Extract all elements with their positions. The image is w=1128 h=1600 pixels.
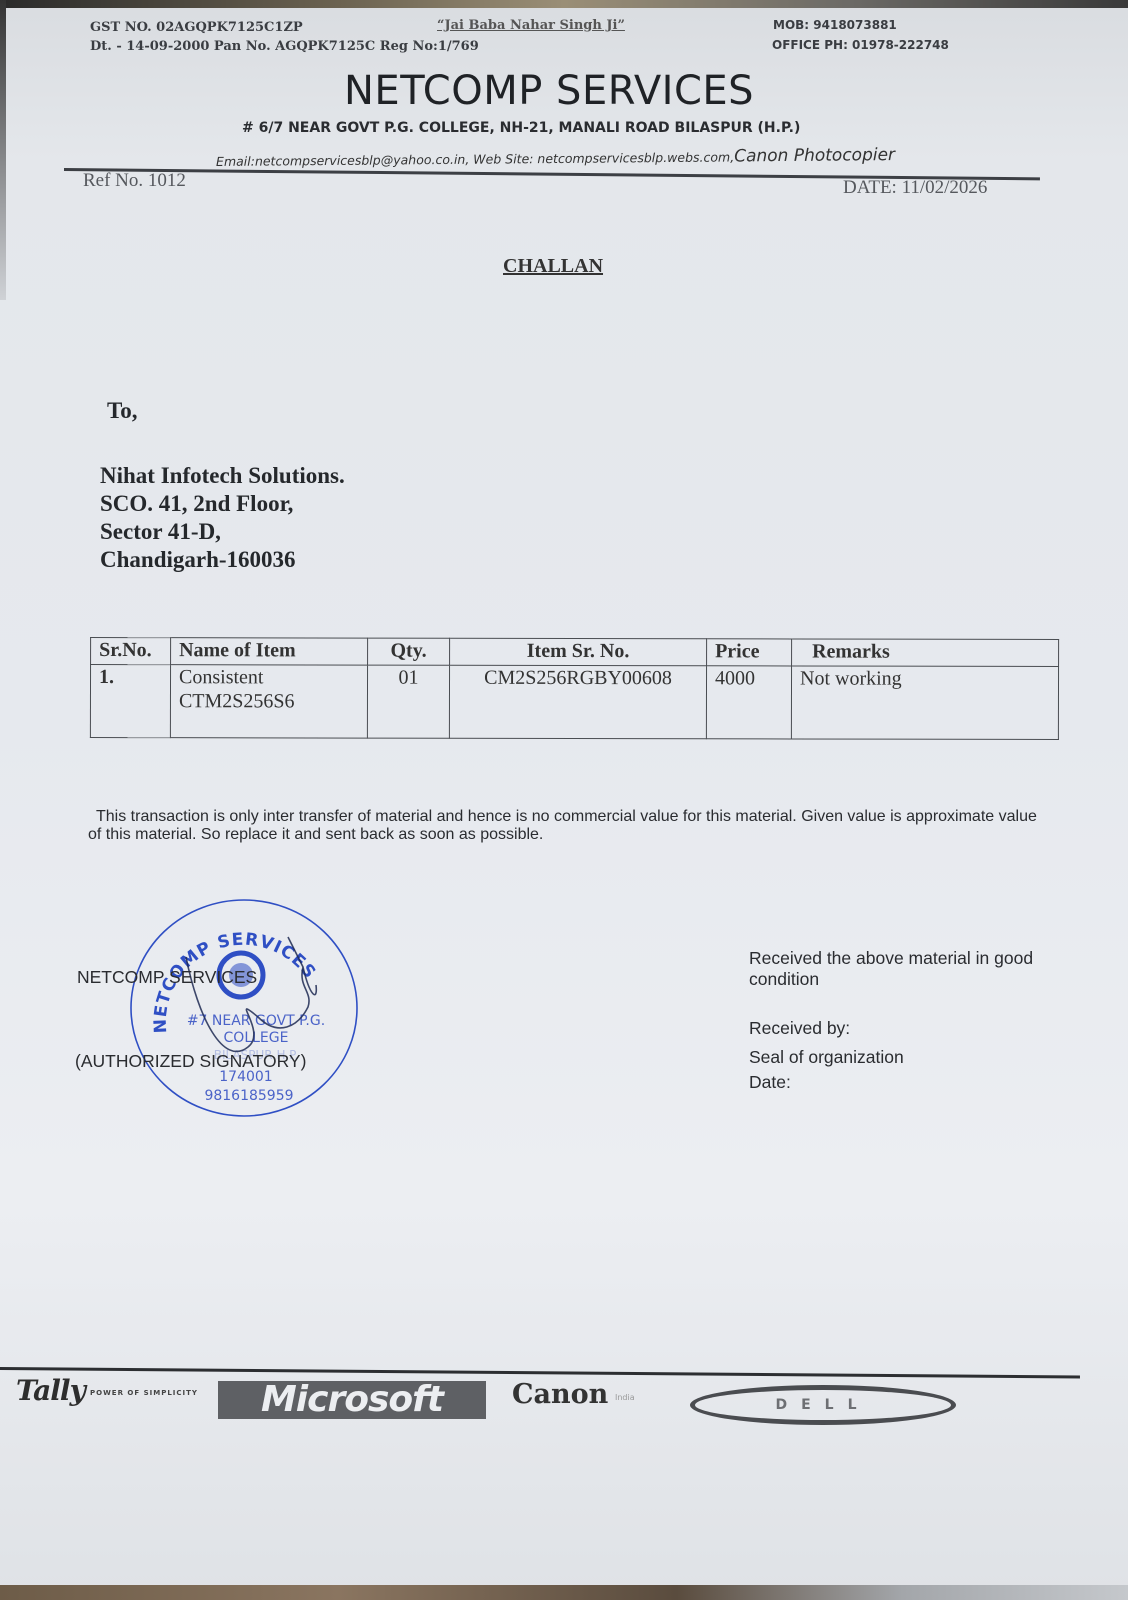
photo-edge-bottom	[0, 1585, 1128, 1600]
motto: “Jai Baba Nahar Singh Ji”	[437, 18, 625, 33]
company-contact: Email:netcompservicesblp@yahoo.co.in, We…	[216, 145, 895, 171]
cell-item-name: Consistent CTM2S256S6	[170, 665, 367, 738]
document-title: CHALLAN	[503, 255, 603, 278]
received-by-label: Received by:	[749, 1018, 1033, 1039]
contact-tag: Canon Photocopier	[734, 145, 895, 166]
receipt-block: Received the above material in good cond…	[749, 948, 1033, 1093]
item-model-line: CTM2S256S6	[179, 689, 359, 713]
col-header-price: Price	[707, 639, 792, 666]
col-header-item-name: Name of Item	[171, 638, 368, 665]
signatory-company: NETCOMP SERVICES	[77, 967, 257, 988]
cell-qty: 01	[367, 665, 449, 738]
photo-edge-left	[0, 0, 6, 300]
mobile-number: MOB: 9418073881	[773, 18, 897, 32]
challan-date: DATE: 11/02/2026	[843, 177, 987, 199]
table-row: 1. Consistent CTM2S256S6 01 CM2S256RGBY0…	[90, 664, 1058, 739]
items-table: Sr.No. Name of Item Qty. Item Sr. No. Pr…	[90, 637, 1059, 740]
tally-tagline: POWER OF SIMPLICITY	[90, 1389, 198, 1397]
recipient-address-line: Chandigarh-160036	[100, 546, 345, 574]
contact-email-web: Email:netcompservicesblp@yahoo.co.in, We…	[216, 149, 734, 169]
col-header-remarks: Remarks	[792, 639, 1059, 667]
gst-number: GST NO. 02AGQPK7125C1ZP	[90, 20, 303, 35]
recipient-address-line: Sector 41-D,	[100, 518, 345, 546]
receipt-statement-cont: condition	[749, 969, 1033, 990]
col-header-qty: Qty.	[368, 638, 450, 665]
cell-item-serial: CM2S256RGBY00608	[449, 665, 706, 739]
recipient-name: Nihat Infotech Solutions.	[100, 462, 345, 490]
cell-sr-no: 1.	[90, 664, 170, 737]
signatory-label: (AUTHORIZED SIGNATORY)	[75, 1051, 306, 1072]
cell-price: 4000	[706, 666, 791, 739]
seal-label: Seal of organization	[749, 1047, 1033, 1068]
seal-phone: 9816185959	[204, 1088, 293, 1104]
col-header-sr-no: Sr.No.	[91, 637, 171, 664]
receipt-date-label: Date:	[749, 1072, 1033, 1093]
reference-number: Ref No. 1012	[83, 170, 186, 192]
microsoft-logo-text: Microsoft	[218, 1381, 486, 1419]
receipt-statement: Received the above material in good	[749, 948, 1033, 969]
tally-logo: Tally	[16, 1374, 85, 1407]
registration-line: Dt. - 14-09-2000 Pan No. AGQPK7125C Reg …	[90, 39, 479, 54]
company-seal-stamp: NETCOMP SERVICES #7 NEAR GOVT P.G. COLLE…	[128, 897, 360, 1119]
photo-edge-top	[0, 0, 1128, 8]
company-address: # 6/7 NEAR GOVT P.G. COLLEGE, NH-21, MAN…	[242, 120, 800, 136]
salutation: To,	[107, 397, 137, 425]
cell-remarks: Not working	[791, 666, 1058, 740]
footer-divider	[0, 1367, 1080, 1378]
microsoft-logo: Microsoft	[218, 1381, 486, 1419]
office-phone: OFFICE PH: 01978-222748	[772, 38, 949, 52]
company-name: NETCOMP SERVICES	[344, 68, 754, 114]
seal-address-line: COLLEGE	[224, 1030, 289, 1046]
table-header-row: Sr.No. Name of Item Qty. Item Sr. No. Pr…	[91, 637, 1059, 666]
dell-logo: DELL	[690, 1385, 956, 1425]
canon-region: India	[615, 1393, 635, 1402]
transfer-note: This transaction is only inter transfer …	[88, 808, 1038, 844]
col-header-item-serial: Item Sr. No.	[450, 638, 707, 666]
recipient-address-line: SCO. 41, 2nd Floor,	[100, 490, 345, 518]
recipient-address: Nihat Infotech Solutions. SCO. 41, 2nd F…	[100, 462, 345, 574]
item-name-line: Consistent	[179, 665, 359, 689]
canon-logo: Canon	[512, 1379, 608, 1410]
dell-logo-text: DELL	[775, 1397, 870, 1413]
